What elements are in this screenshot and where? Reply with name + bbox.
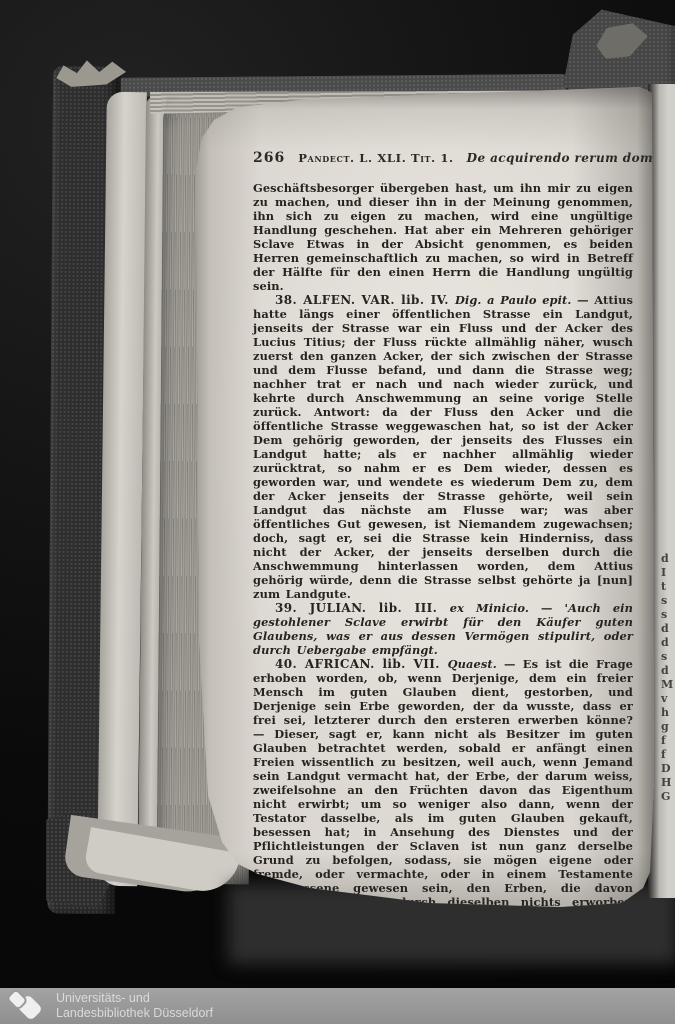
body-text: Geschäftsbesorger übergeben hast, um ihn… (253, 181, 633, 937)
paragraph: Geschäftsbesorger übergeben hast, um ihn… (253, 181, 633, 293)
text-segment: Quaest. (448, 657, 497, 671)
paragraph: 38. ALFEN. VAR. lib. IV. Dig. a Paulo ep… (253, 293, 633, 601)
facing-page-letter: t (661, 580, 675, 594)
page-number: 266 (253, 150, 285, 166)
facing-page-letter: s (661, 594, 675, 608)
facing-page-letter: s (661, 608, 675, 622)
facing-page-letter: H (661, 776, 675, 790)
header-chapter-title: De acquirendo rerum dominio. (467, 151, 675, 165)
facing-page-letter: I (661, 566, 675, 580)
facing-page-letter: d (661, 664, 675, 678)
facing-page-letter: f (661, 748, 675, 762)
library-name-line2: Landesbibliothek Düsseldorf (56, 1006, 213, 1021)
facing-page-letter: d (661, 552, 675, 566)
facing-page-letter: D (661, 762, 675, 776)
text-segment: — (529, 601, 565, 615)
facing-page-text: dItssddsdMvhgffDHG (661, 552, 675, 804)
library-logo-icon (6, 990, 46, 1022)
facing-page-letter: h (661, 706, 675, 720)
text-segment: 39. JULIAN. lib. III. (275, 601, 450, 615)
facing-page-letter: d (661, 636, 675, 650)
page-text-layer: 266 Pandect. L. XLI. Tit. 1. De acquiren… (253, 150, 633, 937)
facing-page-letter: G (661, 790, 675, 804)
facing-page-letter: v (661, 692, 675, 706)
text-segment: — Attius hatte längs einer öffentlichen … (253, 293, 633, 601)
facing-page-letter: g (661, 720, 675, 734)
library-name: Universitäts- und Landesbibliothek Düsse… (56, 991, 213, 1021)
watermark-bar: Universitäts- und Landesbibliothek Düsse… (0, 988, 675, 1024)
paragraph: 39. JULIAN. lib. III. ex Minicio. — 'Auc… (253, 601, 633, 657)
library-name-line1: Universitäts- und (56, 991, 213, 1006)
page-header: 266 Pandect. L. XLI. Tit. 1. De acquiren… (253, 150, 633, 166)
scanned-book-photo: dItssddsdMvhgffDHG 266 Pandect. L. XLI. … (0, 0, 675, 1024)
text-segment: ex Minicio. (450, 601, 529, 615)
facing-page-letter: f (661, 734, 675, 748)
book-page: 266 Pandect. L. XLI. Tit. 1. De acquiren… (186, 84, 656, 910)
facing-page-letter: d (661, 622, 675, 636)
text-segment: 38. ALFEN. VAR. lib. IV. (275, 293, 455, 307)
text-segment: Dig. a Paulo epit. (455, 293, 572, 307)
facing-page-letter: M (661, 678, 675, 692)
header-series-title: Pandect. L. XLI. Tit. 1. (298, 151, 453, 165)
facing-page-letter: s (661, 650, 675, 664)
text-segment: 40. AFRICAN. lib. VII. (275, 657, 448, 671)
text-segment: Geschäftsbesorger übergeben hast, um ihn… (253, 181, 633, 293)
